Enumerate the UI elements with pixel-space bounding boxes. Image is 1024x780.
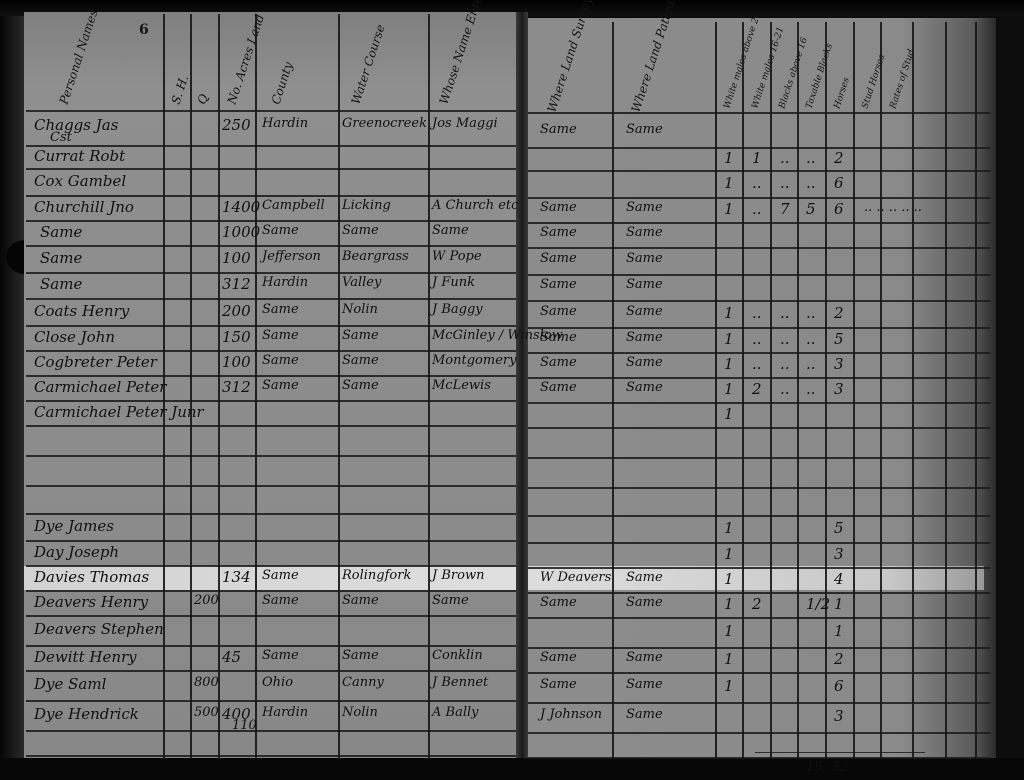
taxable-blacks-value: .. (806, 174, 816, 192)
row-rule-left (26, 755, 516, 757)
column-rule-left (428, 14, 430, 759)
entered-name-value: Montgomery (432, 353, 516, 368)
acres-value: 100 (222, 249, 251, 267)
horses-value: 3 (834, 545, 844, 563)
patented-value: Same (626, 225, 663, 240)
county-value: Same (262, 378, 299, 393)
row-rule-left (26, 168, 516, 170)
extra-marks: .. .. .. .. .. (864, 200, 922, 215)
row-rule-left (26, 220, 516, 222)
row-rule-left (26, 670, 516, 672)
water-course-value: Licking (342, 198, 391, 213)
surveyed-value: Same (540, 650, 577, 665)
males-21-value: 1 (724, 149, 734, 167)
males-16-value: .. (752, 200, 762, 218)
row-rule-left (26, 400, 516, 402)
person-name: Davies Thomas (34, 568, 149, 586)
row-rule-right (528, 592, 990, 594)
person-name: Churchill Jno (34, 198, 134, 216)
entered-name-value: J Bennet (432, 675, 488, 690)
person-name: Dewitt Henry (34, 648, 137, 666)
county-value: Ohio (262, 675, 293, 690)
males-21-value: 1 (724, 380, 734, 398)
county-value: Hardin (262, 705, 308, 720)
patented-value: Same (626, 304, 663, 319)
row-rule-left (26, 272, 516, 274)
acres-value: 45 (222, 648, 241, 666)
males-21-value: 1 (724, 570, 734, 588)
row-rule-left (26, 325, 516, 327)
person-name: Cox Gambel (34, 172, 126, 190)
person-name: Coats Henry (34, 302, 129, 320)
total-males: 15 (806, 760, 823, 775)
patented-value: Same (626, 650, 663, 665)
acres-note: 110 (232, 718, 257, 733)
males-21-value: 1 (724, 595, 734, 613)
row-rule-right (528, 274, 990, 276)
water-course-value: Same (342, 378, 379, 393)
taxable-blacks-value: .. (806, 330, 816, 348)
column-rule-right (797, 22, 799, 759)
males-21-value: 1 (724, 405, 734, 423)
males-16-value: .. (752, 304, 762, 322)
person-name: Dye Saml (34, 675, 106, 693)
county-value: Same (262, 568, 299, 583)
blacks-16-value: 7 (780, 200, 790, 218)
water-course-value: Nolin (342, 302, 378, 317)
water-course-value: Same (342, 353, 379, 368)
males-16-value: .. (752, 355, 762, 373)
column-rule-left (190, 14, 192, 759)
acres-value: 1000 (222, 223, 260, 241)
row-rule-right (528, 112, 990, 114)
males-21-value: 1 (724, 304, 734, 322)
county-value: Campbell (262, 198, 325, 213)
patented-value: Same (626, 355, 663, 370)
acres-value: 150 (222, 328, 251, 346)
row-rule-right (528, 300, 990, 302)
water-course-value: Valley (342, 275, 381, 290)
person-name: Day Joseph (34, 543, 119, 561)
males-21-value: 1 (724, 519, 734, 537)
person-name: Same (40, 275, 82, 293)
row-rule-right (528, 457, 990, 459)
entered-name-value: W Pope (432, 249, 482, 264)
column-rule-right (715, 22, 717, 759)
blacks-16-value: .. (780, 174, 790, 192)
surveyed-value: Same (540, 251, 577, 266)
horses-value: 3 (834, 380, 844, 398)
horses-value: 2 (834, 304, 844, 322)
males-21-value: 1 (724, 355, 734, 373)
person-name: Same (40, 223, 82, 241)
surveyed-value: Same (540, 330, 577, 345)
blacks-16-value: .. (780, 380, 790, 398)
row-rule-right (528, 702, 990, 704)
entered-name-value: J Baggy (432, 302, 483, 317)
horses-value: 2 (834, 650, 844, 668)
row-rule-right (528, 732, 990, 734)
county-value: Same (262, 302, 299, 317)
row-rule-right (528, 567, 990, 569)
acres-value: 250 (222, 116, 251, 134)
patented-value: Same (626, 707, 663, 722)
column-rule-left (218, 14, 220, 759)
males-16-value: .. (752, 330, 762, 348)
patented-value: Same (626, 200, 663, 215)
column-rule-right (912, 22, 914, 759)
row-rule-left (26, 350, 516, 352)
males-16-value: .. (752, 174, 762, 192)
water-course-value: Nolin (342, 705, 378, 720)
row-rule-left (26, 110, 516, 112)
row-rule-right (528, 427, 990, 429)
entered-name-value: A Bally (432, 705, 478, 720)
person-name: Deavers Stephen (34, 620, 164, 638)
row-rule-right (528, 487, 990, 489)
acres-value: 134 (222, 568, 251, 586)
row-rule-left (26, 730, 516, 732)
blacks-16-value: .. (780, 304, 790, 322)
row-rule-left (26, 645, 516, 647)
row-rule-left (26, 195, 516, 197)
row-rule-right (528, 647, 990, 649)
county-value: Jefferson (262, 249, 321, 264)
water-course-value: Greenocreek (342, 116, 427, 131)
patented-value: Same (626, 677, 663, 692)
person-name: Carmichael Peter Junr (34, 403, 204, 421)
row-rule-right (528, 757, 990, 759)
horses-value: 3 (834, 355, 844, 373)
horses-value: 5 (834, 330, 844, 348)
county-value: Same (262, 593, 299, 608)
males-21-value: 1 (724, 622, 734, 640)
row-rule-left (26, 298, 516, 300)
row-rule-right (528, 542, 990, 544)
males-21-value: 1 (724, 677, 734, 695)
blacks-16-value: .. (780, 355, 790, 373)
county-value: Same (262, 648, 299, 663)
county-value: Hardin (262, 116, 308, 131)
column-rule-right (770, 22, 772, 759)
water-course-value: Same (342, 593, 379, 608)
horses-value: 5 (834, 519, 844, 537)
horses-value: 4 (834, 570, 844, 588)
taxable-blacks-value: 5 (806, 200, 816, 218)
entered-name-value: McLewis (432, 378, 491, 393)
person-name: Currat Robt (34, 147, 125, 165)
entered-name-value: Same (432, 593, 469, 608)
total-rule (755, 752, 925, 753)
surveyed-value: Same (540, 677, 577, 692)
row-rule-left (26, 425, 516, 427)
taxable-blacks-value: .. (806, 355, 816, 373)
males-16-value: 2 (752, 380, 762, 398)
county-value: Same (262, 328, 299, 343)
patented-value: Same (626, 122, 663, 137)
water-course-value: Same (342, 648, 379, 663)
county-value: Same (262, 353, 299, 368)
surveyed-value: Same (540, 595, 577, 610)
males-21-value: 1 (724, 174, 734, 192)
column-rule-right (853, 22, 855, 759)
taxable-blacks-value: .. (806, 304, 816, 322)
row-rule-right (528, 170, 990, 172)
row-rule-right (528, 402, 990, 404)
page-number: 6 (139, 22, 149, 38)
acres-value: 200 (222, 302, 251, 320)
horses-value: 1 (834, 622, 844, 640)
surveyed-value: Same (540, 200, 577, 215)
column-rule-right (612, 22, 614, 759)
county-value: Hardin (262, 275, 308, 290)
horses-value: 6 (834, 174, 844, 192)
row-rule-right (528, 222, 990, 224)
acres-value: 312 (222, 275, 251, 293)
taxable-blacks-value: .. (806, 380, 816, 398)
person-name: Cogbreter Peter (34, 353, 157, 371)
sh-value: 800 (194, 675, 219, 690)
entered-name-value: J Funk (432, 275, 475, 290)
column-rule-right (945, 22, 947, 759)
row-rule-right (528, 197, 990, 199)
row-rule-left (26, 513, 516, 515)
horses-value: 2 (834, 149, 844, 167)
surveyed-value: Same (540, 225, 577, 240)
row-rule-left (26, 590, 516, 592)
column-rule-left (255, 14, 257, 759)
row-rule-right (528, 672, 990, 674)
taxable-blacks-value: .. (806, 149, 816, 167)
surveyed-value: Same (540, 122, 577, 137)
entered-name-value: A Church etc (432, 198, 518, 213)
entered-name-value: Jos Maggi (432, 116, 498, 131)
total-horses: 52 (832, 760, 849, 775)
males-16-value: 2 (752, 595, 762, 613)
acres-value: 1400 (222, 198, 260, 216)
bottom-shadow (0, 758, 1024, 780)
entered-name-value: Same (432, 223, 469, 238)
surveyed-value: Same (540, 380, 577, 395)
row-rule-right (528, 515, 990, 517)
sh-value: 200 (194, 593, 219, 608)
surveyed-value: J Johnson (540, 707, 602, 722)
row-rule-left (26, 700, 516, 702)
person-name: Same (40, 249, 82, 267)
males-16-value: 1 (752, 149, 762, 167)
water-course-value: Same (342, 223, 379, 238)
person-name: Chaggs Jas (34, 116, 118, 134)
patented-value: Same (626, 251, 663, 266)
patented-value: Same (626, 330, 663, 345)
row-rule-right (528, 617, 990, 619)
sh-value: 500 (194, 705, 219, 720)
horses-value: 6 (834, 200, 844, 218)
row-rule-right (528, 247, 990, 249)
person-name: Dye Hendrick (34, 705, 139, 723)
row-rule-right (528, 352, 990, 354)
patented-value: Same (626, 570, 663, 585)
row-rule-left (26, 455, 516, 457)
row-rule-right (528, 377, 990, 379)
column-rule-right (825, 22, 827, 759)
row-rule-left (26, 245, 516, 247)
column-rule-right (975, 22, 977, 759)
row-rule-right (528, 327, 990, 329)
patented-value: Same (626, 380, 663, 395)
acres-value: 100 (222, 353, 251, 371)
surveyed-value: Same (540, 304, 577, 319)
column-rule-right (742, 22, 744, 759)
row-rule-left (26, 375, 516, 377)
row-rule-left (26, 485, 516, 487)
row-rule-left (26, 540, 516, 542)
person-name: Dye James (34, 517, 114, 535)
males-21-value: 1 (724, 330, 734, 348)
males-21-value: 1 (724, 545, 734, 563)
entered-name-value: Conklin (432, 648, 483, 663)
row-rule-left (26, 565, 516, 567)
patented-value: Same (626, 595, 663, 610)
page-gutter (516, 12, 528, 760)
taxable-blacks-value: 1/2 (806, 595, 830, 613)
column-rule-right (880, 22, 882, 759)
horses-value: 6 (834, 677, 844, 695)
county-value: Same (262, 223, 299, 238)
water-course-value: Beargrass (342, 249, 409, 264)
water-course-value: Rolingfork (342, 568, 411, 583)
column-rule-left (338, 14, 340, 759)
surveyed-value: W Deavers (540, 570, 611, 585)
blacks-16-value: .. (780, 330, 790, 348)
binding-edge (0, 0, 26, 780)
horses-value: 3 (834, 707, 844, 725)
person-name-line2: Cst (50, 130, 72, 145)
surveyed-value: Same (540, 355, 577, 370)
water-course-value: Same (342, 328, 379, 343)
surveyed-value: Same (540, 277, 577, 292)
males-21-value: 1 (724, 650, 734, 668)
entered-name-value: J Brown (432, 568, 484, 583)
person-name: Carmichael Peter (34, 378, 166, 396)
row-rule-left (26, 615, 516, 617)
males-21-value: 1 (724, 200, 734, 218)
person-name: Close John (34, 328, 115, 346)
horses-value: 1 (834, 595, 844, 613)
patented-value: Same (626, 277, 663, 292)
water-course-value: Canny (342, 675, 384, 690)
blacks-16-value: .. (780, 149, 790, 167)
acres-value: 312 (222, 378, 251, 396)
person-name: Deavers Henry (34, 593, 148, 611)
